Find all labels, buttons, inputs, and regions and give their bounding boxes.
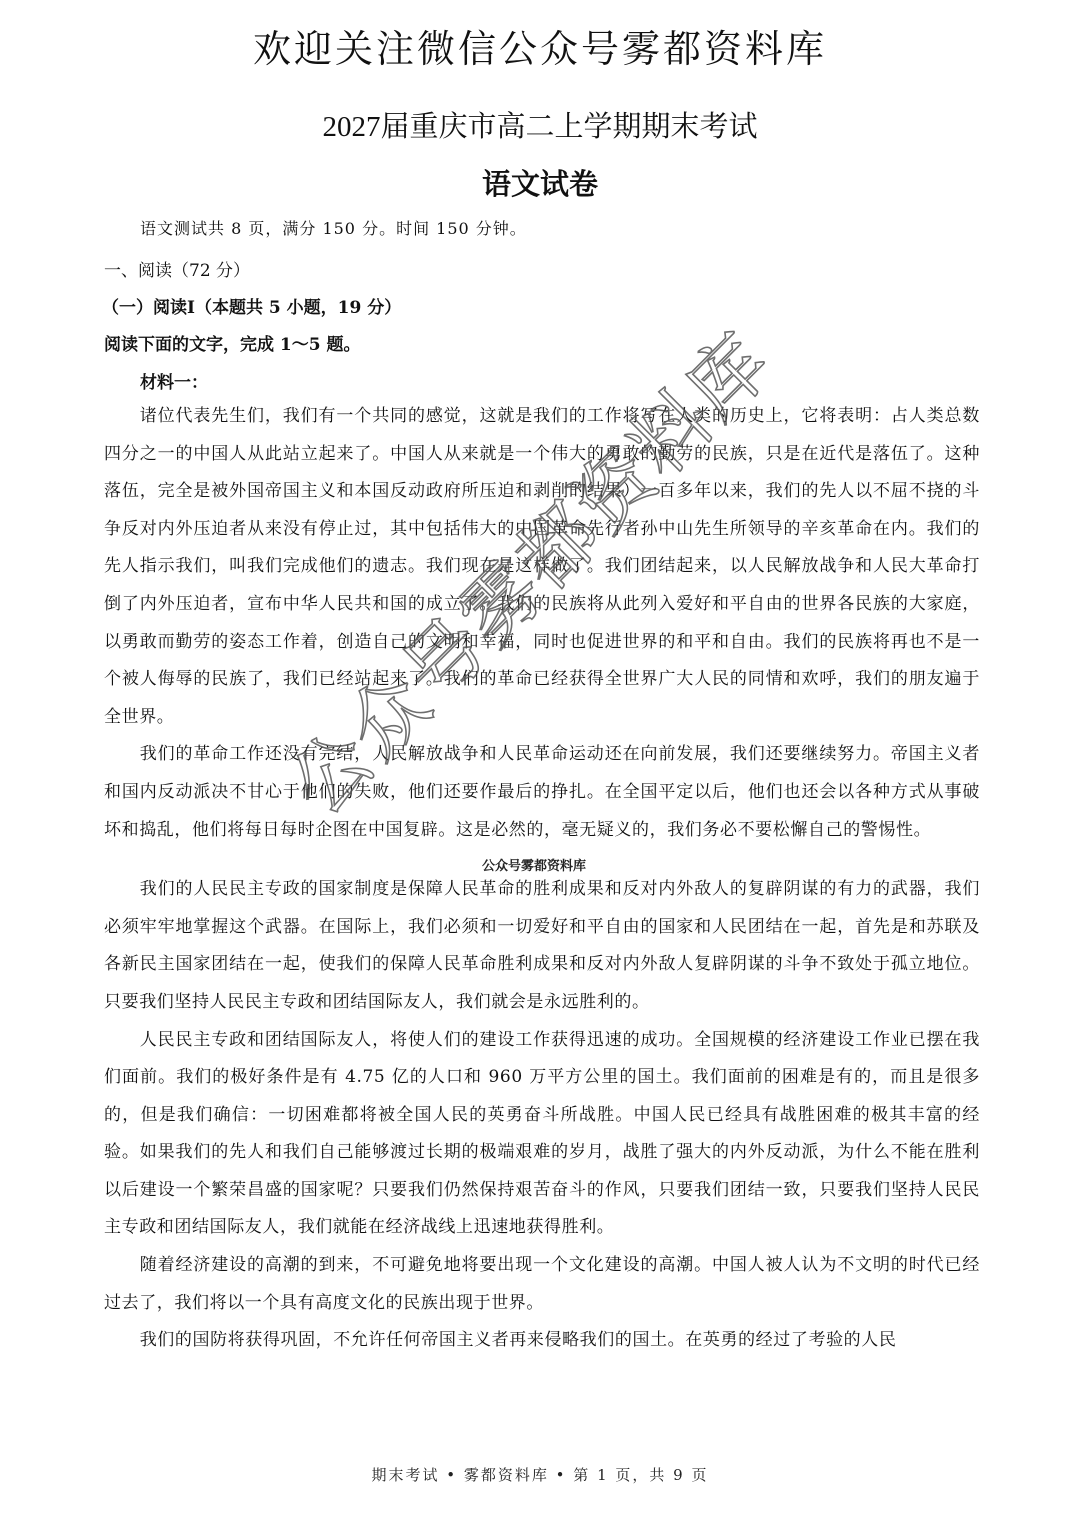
paragraph: 诸位代表先生们，我们有一个共同的感觉，这就是我们的工作将写在人类的历史上，它将表… <box>104 398 980 736</box>
exam-title: 2027届重庆市高二上学期期末考试 <box>0 104 1080 145</box>
paragraph: 我们的革命工作还没有完结，人民解放战争和人民革命运动还在向前发展，我们还要继续努… <box>104 736 980 849</box>
exam-subtitle: 语文试卷 <box>0 162 1080 203</box>
exam-page: 欢迎关注微信公众号雾都资料库 2027届重庆市高二上学期期末考试 语文试卷 语文… <box>0 0 1080 1527</box>
subsection-heading-reading-one: （一）阅读Ⅰ（本题共 5 小题，19 分） <box>102 293 401 318</box>
paragraph: 我们的人民民主专政的国家制度是保障人民革命的胜利成果和反对内外敌人的复辟阴谋的有… <box>104 871 980 1021</box>
page-footer: 期末考试 • 雾都资料库 • 第 1 页，共 9 页 <box>0 1464 1080 1485</box>
reading-instruction: 阅读下面的文字，完成 1～5 题。 <box>104 330 361 355</box>
paragraph: 我们的国防将获得巩固，不允许任何帝国主义者再来侵略我们的国土。在英勇的经过了考验… <box>104 1322 980 1360</box>
material-label: 材料一： <box>140 368 208 393</box>
paragraph: 随着经济建设的高潮的到来，不可避免地将要出现一个文化建设的高潮。中国人被人认为不… <box>104 1247 980 1322</box>
exam-info-line: 语文测试共 8 页，满分 150 分。时间 150 分钟。 <box>140 216 527 239</box>
section-heading-reading: 一、阅读（72 分） <box>104 256 250 281</box>
banner-heading: 欢迎关注微信公众号雾都资料库 <box>0 18 1080 73</box>
paragraph: 人民民主专政和团结国际友人，将使人们的建设工作获得迅速的成功。全国规模的经济建设… <box>104 1022 980 1248</box>
material-body: 诸位代表先生们，我们有一个共同的感觉，这就是我们的工作将写在人类的历史上，它将表… <box>104 398 980 1360</box>
inline-watermark: 公众号雾都资料库 <box>482 855 586 874</box>
